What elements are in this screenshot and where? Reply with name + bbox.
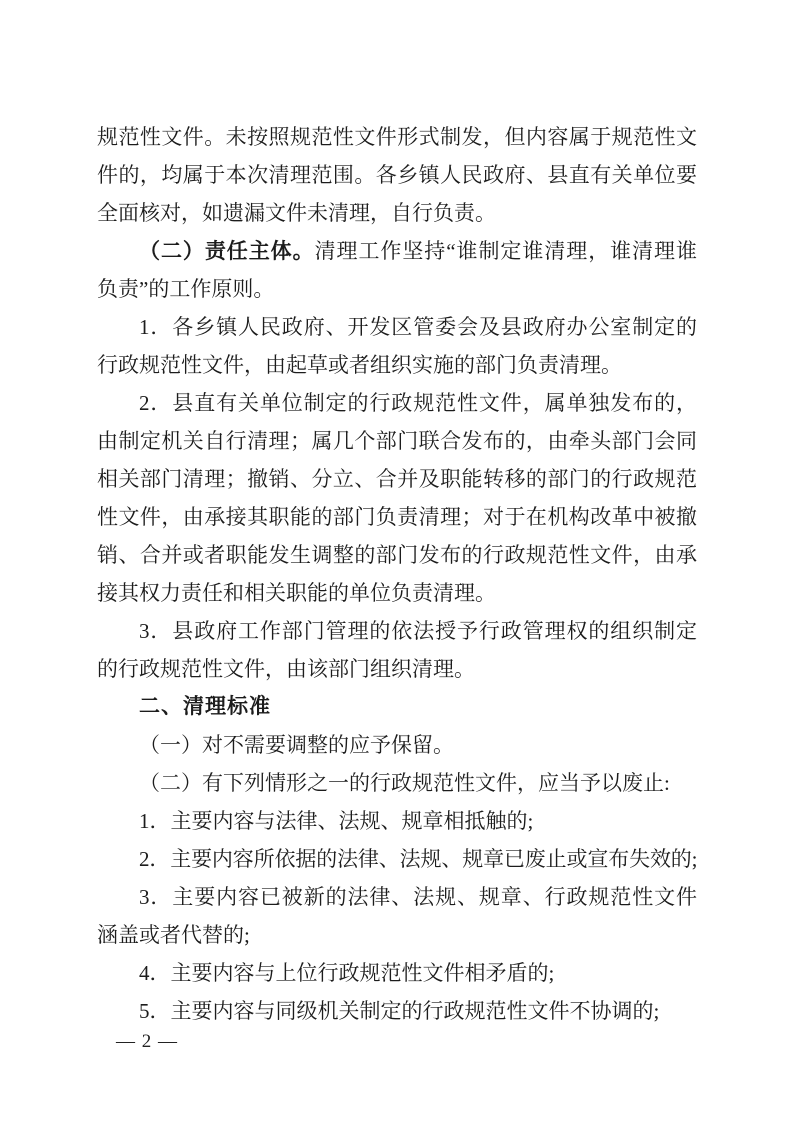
section-heading: 二、清理标准 <box>97 688 697 726</box>
text-segment: 3．主要内容已被新的法律、法规、规章、行政规范性文件 <box>139 885 697 909</box>
document-page: 规范性文件。未按照规范性文件形式制发，但内容属于规范性文件的，均属于本次清理范围… <box>0 0 794 1122</box>
text-segment: 的行政规范性文件，由该部门组织清理。 <box>97 657 475 681</box>
text-segment: 涵盖或者代替的; <box>97 923 250 947</box>
text-line: 性文件，由承接其职能的部门负责清理；对于在机构改革中被撤 <box>97 498 697 536</box>
text-segment: 4．主要内容与上位行政规范性文件相矛盾的; <box>139 961 554 985</box>
text-segment: 行政规范性文件，由起草或者组织实施的部门负责清理。 <box>97 353 622 377</box>
text-line: 涵盖或者代替的; <box>97 916 697 954</box>
text-segment: 规范性文件。未按照规范性文件形式制发，但内容属于规范性文 <box>97 125 697 149</box>
text-segment: 销、合并或者职能发生调整的部门发布的行政规范性文件，由承 <box>97 543 697 567</box>
text-segment: 相关部门清理；撤销、分立、合并及职能转移的部门的行政规范 <box>97 467 697 491</box>
text-segment: 二、清理标准 <box>139 695 271 718</box>
text-segment: 负责”的工作原则。 <box>97 277 274 301</box>
text-line: 2．县直有关单位制定的行政规范性文件，属单独发布的， <box>97 384 697 422</box>
text-segment: （二）有下列情形之一的行政规范性文件，应当予以废止: <box>139 771 670 795</box>
text-segment: 全面核对，如遗漏文件未清理，自行负责。 <box>97 201 496 225</box>
text-segment: 3．县政府工作部门管理的依法授予行政管理权的组织制定 <box>139 619 697 643</box>
text-line: 的行政规范性文件，由该部门组织清理。 <box>97 650 697 688</box>
text-line: 由制定机关自行清理；属几个部门联合发布的，由牵头部门会同 <box>97 422 697 460</box>
text-line: （一）对不需要调整的应予保留。 <box>97 726 697 764</box>
text-line: 1．主要内容与法律、法规、规章相抵触的; <box>97 802 697 840</box>
text-segment: 件的，均属于本次清理范围。各乡镇人民政府、县直有关单位要 <box>97 163 697 187</box>
text-line: 件的，均属于本次清理范围。各乡镇人民政府、县直有关单位要 <box>97 156 697 194</box>
text-segment: （一）对不需要调整的应予保留。 <box>139 733 454 757</box>
text-segment: 1．各乡镇人民政府、开发区管委会及县政府办公室制定的 <box>139 315 697 339</box>
text-line: 行政规范性文件，由起草或者组织实施的部门负责清理。 <box>97 346 697 384</box>
text-line: 3．主要内容已被新的法律、法规、规章、行政规范性文件 <box>97 878 697 916</box>
page-number: — 2 — <box>116 1028 178 1056</box>
text-line: 5．主要内容与同级机关制定的行政规范性文件不协调的; <box>97 992 697 1030</box>
text-segment: 清理工作坚持“谁制定谁清理，谁清理谁 <box>315 239 697 263</box>
text-segment: 1．主要内容与法律、法规、规章相抵触的; <box>139 809 533 833</box>
text-line: 接其权力责任和相关职能的单位负责清理。 <box>97 574 697 612</box>
text-line: （二）有下列情形之一的行政规范性文件，应当予以废止: <box>97 764 697 802</box>
text-line: 3．县政府工作部门管理的依法授予行政管理权的组织制定 <box>97 612 697 650</box>
text-segment: （二）责任主体。 <box>139 239 315 263</box>
text-segment: 性文件，由承接其职能的部门负责清理；对于在机构改革中被撤 <box>97 505 697 529</box>
text-line: 4．主要内容与上位行政规范性文件相矛盾的; <box>97 954 697 992</box>
text-segment: 5．主要内容与同级机关制定的行政规范性文件不协调的; <box>139 999 659 1023</box>
text-line: 销、合并或者职能发生调整的部门发布的行政规范性文件，由承 <box>97 536 697 574</box>
text-line: （二）责任主体。清理工作坚持“谁制定谁清理，谁清理谁 <box>97 232 697 270</box>
text-line: 全面核对，如遗漏文件未清理，自行负责。 <box>97 194 697 232</box>
text-line: 规范性文件。未按照规范性文件形式制发，但内容属于规范性文 <box>97 118 697 156</box>
text-segment: 由制定机关自行清理；属几个部门联合发布的，由牵头部门会同 <box>97 429 697 453</box>
text-line: 1．各乡镇人民政府、开发区管委会及县政府办公室制定的 <box>97 308 697 346</box>
text-line: 2．主要内容所依据的法律、法规、规章已废止或宣布失效的; <box>97 840 697 878</box>
text-line: 负责”的工作原则。 <box>97 270 697 308</box>
text-segment: 接其权力责任和相关职能的单位负责清理。 <box>97 581 496 605</box>
text-segment: 2．主要内容所依据的法律、法规、规章已废止或宣布失效的; <box>139 847 697 871</box>
text-segment: 2．县直有关单位制定的行政规范性文件，属单独发布的， <box>139 391 697 415</box>
text-line: 相关部门清理；撤销、分立、合并及职能转移的部门的行政规范 <box>97 460 697 498</box>
document-body: 规范性文件。未按照规范性文件形式制发，但内容属于规范性文件的，均属于本次清理范围… <box>97 118 697 1030</box>
